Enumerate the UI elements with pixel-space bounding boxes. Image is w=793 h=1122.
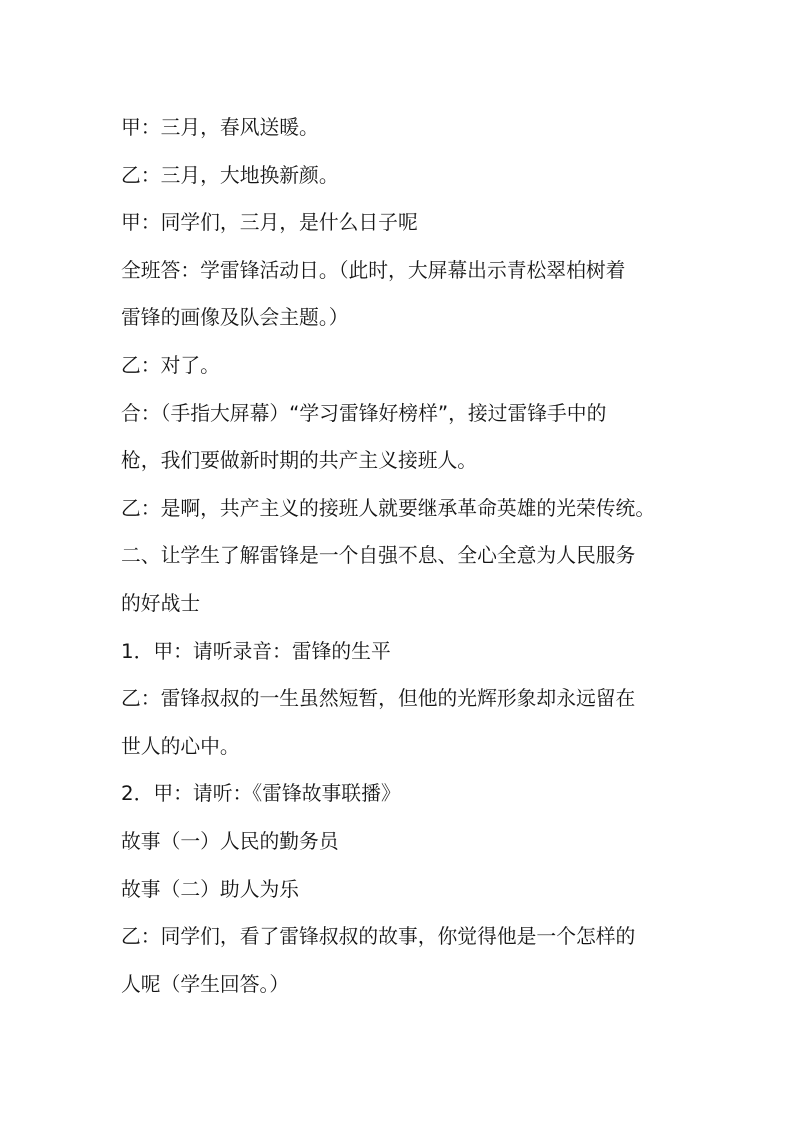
dialogue-line-yi-correct: 乙：对了。 [121,342,681,390]
dialogue-line-class-answer-cont: 雷锋的画像及队会主题。） [121,294,681,342]
dialogue-line-class-answer: 全班答：学雷锋活动日。（此时，大屏幕出示青松翠柏树着 [121,247,681,295]
dialogue-line-yi-march-earth: 乙：三月，大地换新颜。 [121,152,681,200]
dialogue-line-yi-tradition: 乙：是啊，共产主义的接班人就要继承革命英雄的光荣传统。 [121,485,681,533]
dialogue-line-together: 合：（手指大屏幕）“学习雷锋好榜样”，接过雷锋手中的 [121,390,681,438]
dialogue-line-jia-question: 甲：同学们，三月，是什么日子呢 [121,199,681,247]
dialogue-line-yi-question-cont: 人呢（学生回答。） [121,961,681,1009]
step-one-recording: 1．甲：请听录音：雷锋的生平 [121,628,681,676]
dialogue-line-jia-march-spring: 甲：三月，春风送暖。 [121,104,681,152]
section-heading-two-cont: 的好战士 [121,580,681,628]
document-body: 甲：三月，春风送暖。 乙：三月，大地换新颜。 甲：同学们，三月，是什么日子呢 全… [121,104,681,1008]
dialogue-line-together-cont: 枪，我们要做新时期的共产主义接班人。 [121,437,681,485]
story-two: 故事（二）助人为乐 [121,866,681,914]
dialogue-line-yi-life-cont: 世人的心中。 [121,723,681,771]
story-one: 故事（一）人民的勤务员 [121,818,681,866]
dialogue-line-yi-question: 乙：同学们，看了雷锋叔叔的故事，你觉得他是一个怎样的 [121,913,681,961]
document-page: 甲：三月，春风送暖。 乙：三月，大地换新颜。 甲：同学们，三月，是什么日子呢 全… [0,0,793,1122]
section-heading-two: 二、让学生了解雷锋是一个自强不息、全心全意为人民服务 [121,532,681,580]
step-two-stories: 2．甲：请听：《雷锋故事联播》 [121,770,681,818]
dialogue-line-yi-life: 乙：雷锋叔叔的一生虽然短暂，但他的光辉形象却永远留在 [121,675,681,723]
